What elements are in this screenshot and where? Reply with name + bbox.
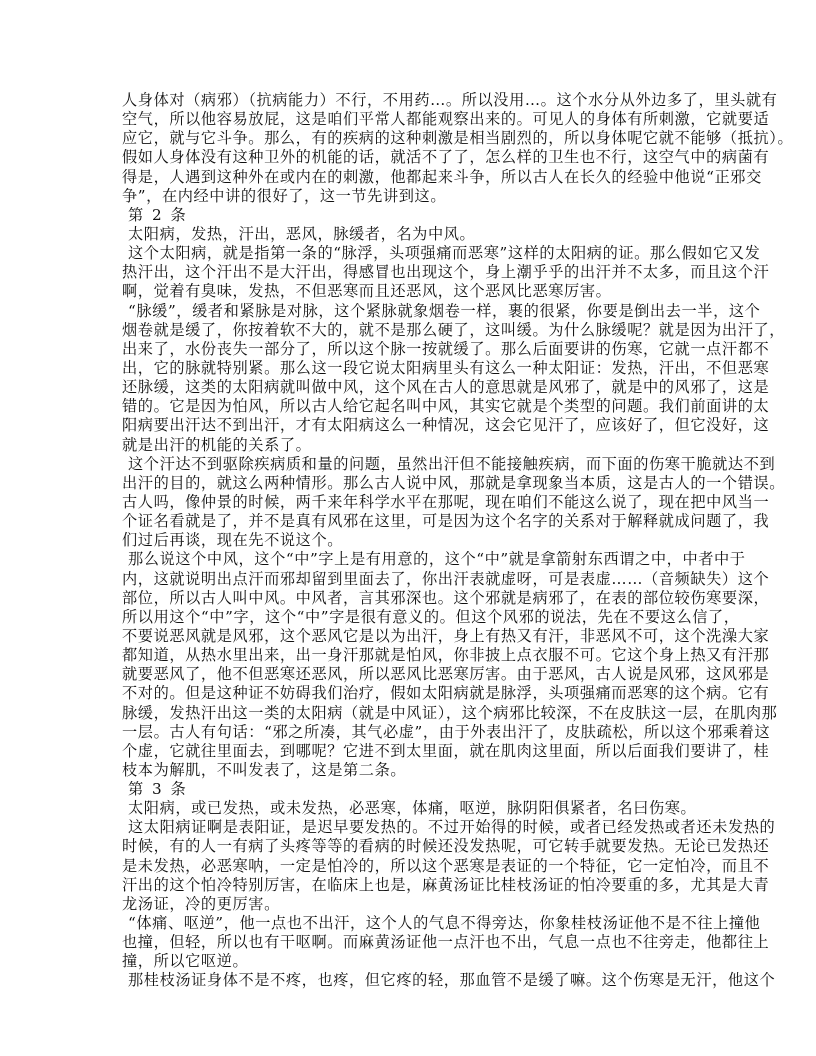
text-line: “体痛、呕逆”，他一点也不出汗，这个人的气息不得旁达，你象桂枝汤证他不是不往上撞… [122,914,702,933]
text-line: 就要恶风了，他不但恶寒还恶风，所以恶风比恶寒厉害。由于恶风，古人说是风邪，这风邪… [122,665,702,684]
paragraph: 那桂枝汤证身体不是不疼，也疼，但它疼的轻，那血管不是缓了嘛。这个伤寒是无汗，他这… [122,971,702,990]
text-line: “脉缓”，缓者和紧脉是对脉，这个紧脉就象烟卷一样，裹的很紧，你要是倒出去一半，这… [122,302,702,321]
classic-text-article-2: 太阳病，发热，汗出，恶风，脉缓者，名为中风。 [122,225,702,244]
text-line: 这个汗达不到驱除疾病质和量的问题，虽然出汗但不能接触疾病，而下面的伤寒干脆就达不… [122,455,702,474]
paragraph: 那么说这个中风，这个“中”字上是有用意的，这个“中”就是拿箭射东西谓之中，中者中… [122,550,702,780]
text-line: 是未发热，必恶寒呐，一定是怕冷的，所以这个恶寒是表证的一个特征，它一定怕冷，而且… [122,857,702,876]
paragraph-continuation: 人身体对（病邪）（抗病能力）不行，不用药…。所以没用…。这个水分从外边多了，里头… [122,91,702,206]
text-line: 就是出汗的机能的关系了。 [122,436,702,455]
text-line: 假如人身体没有这种卫外的机能的话，就活不了了，怎么样的卫生也不行，这空气中的病菌… [122,148,702,167]
text-line: 这个太阳病，就是指第一条的“脉浮，头项强痛而恶寒”这样的太阳病的证。那么假如它又… [122,244,702,263]
text-line: 出来了，水份丧失一部分了，所以这个脉一按就缓了。那么后面要讲的伤寒，它就一点汗都… [122,340,702,359]
text-line: 那桂枝汤证身体不是不疼，也疼，但它疼的轻，那血管不是缓了嘛。这个伤寒是无汗，他这… [122,971,702,990]
text-line: 应它，就与它斗争。那么，有的疾病的这种刺激是相当剧烈的，所以身体呢它就不能够（抵… [122,129,702,148]
section-heading-article-3: 第 3 条 [122,780,702,799]
text-line: 烟卷就是缓了，你按着软不大的，就不是那么硬了，这叫缓。为什么脉缓呢？就是因为出汗… [122,321,702,340]
text-line: 汗出的这个怕冷特别厉害，在临床上也是，麻黄汤证比桂枝汤证的怕冷要重的多，尤其是大… [122,876,702,895]
text-line: 不对的。但是这种证不妨碍我们治疗，假如太阳病就是脉浮，头项强痛而恶寒的这个病。它… [122,684,702,703]
text-line: 个证名看就是了，并不是真有风邪在这里，可是因为这个名字的关系对于解释就成问题了，… [122,512,702,531]
classic-text-article-3: 太阳病，或已发热，或未发热，必恶寒，体痛，呕逆，脉阴阳俱紧者，名曰伤寒。 [122,799,702,818]
text-line: 争”，在内经中讲的很好了，这一节先讲到这。 [122,187,702,206]
text-line: 那么说这个中风，这个“中”字上是有用意的，这个“中”就是拿箭射东西谓之中，中者中… [122,550,702,569]
text-line: 古人吗，像仲景的时候，两千来年科学水平在那呢，现在咱们不能这么说了，现在把中风当… [122,493,702,512]
text-line: 脉缓，发热汗出这一类的太阳病（就是中风证），这个病邪比较深，不在皮肤这一层，在肌… [122,704,702,723]
text-line: 得是，人遇到这种外在或内在的刺激，他都起来斗争，所以古人在长久的经验中他说“正邪… [122,168,702,187]
text-line: 热汗出，这个汗出不是大汗出，得感冒也出现这个，身上潮乎乎的出汗并不太多，而且这个… [122,263,702,282]
heading-text: 第 3 条 [122,780,702,799]
heading-text: 第 2 条 [122,206,702,225]
text-line: 太阳病，或已发热，或未发热，必恶寒，体痛，呕逆，脉阴阳俱紧者，名曰伤寒。 [122,799,702,818]
text-line: 不要说恶风就是风邪，这个恶风它是以为出汗，身上有热又有汗，非恶风不可，这个洗澡大… [122,627,702,646]
text-line: 啊，觉着有臭味，发热，不但恶寒而且还恶风，这个恶风比恶寒厉害。 [122,282,702,301]
text-line: 一层。古人有句话：“邪之所凑，其气必虚”，由于外表出汗了，皮肤疏松，所以这个邪乘… [122,723,702,742]
text-line: 错的。它是因为怕风，所以古人给它起名叫中风，其实它就是个类型的问题。我们前面讲的… [122,397,702,416]
text-line: 所以用这个“中”字，这个“中”字是很有意义的。但这个风邪的说法，先在不要这么信了… [122,608,702,627]
text-line: 时候，有的人一有病了头疼等等的看病的时候还没发热呢，可它转手就要发热。无论已发热… [122,837,702,856]
text-line: 部位，所以古人叫中风。中风者，言其邪深也。这个邪就是病邪了，在表的部位较伤寒要深… [122,589,702,608]
text-line: 枝本为解肌，不叫发表了，这是第二条。 [122,761,702,780]
document-page: 人身体对（病邪）（抗病能力）不行，不用药…。所以没用…。这个水分从外边多了，里头… [122,91,702,991]
text-line: 人身体对（病邪）（抗病能力）不行，不用药…。所以没用…。这个水分从外边多了，里头… [122,91,702,110]
text-line: 都知道，从热水里出来，出一身汗那就是怕风，你非披上点衣服不可。它这个身上热又有汗… [122,646,702,665]
text-line: 太阳病，发热，汗出，恶风，脉缓者，名为中风。 [122,225,702,244]
paragraph: “脉缓”，缓者和紧脉是对脉，这个紧脉就象烟卷一样，裹的很紧，你要是倒出去一半，这… [122,302,702,455]
paragraph: 这太阳病证啊是表阳证，是迟早要发热的。不过开始得的时候，或者已经发热或者还未发热… [122,818,702,914]
text-line: 龙汤证，冷的更厉害。 [122,895,702,914]
text-line: 出汗的目的，就这么两种情形。那么古人说中风，那就是拿现象当本质，这是古人的一个错… [122,474,702,493]
text-line: 内，这就说明出点汗而邪却留到里面去了，你出汗表就虚呀，可是表虚……（音频缺失）这… [122,570,702,589]
text-line: 个虚，它就往里面去，到哪呢？它进不到太里面，就在肌肉这里面，所以后面我们要讲了，… [122,742,702,761]
text-line: 撞，所以它呕逆。 [122,952,702,971]
text-line: 们过后再谈，现在先不说这个。 [122,531,702,550]
paragraph: 这个汗达不到驱除疾病质和量的问题，虽然出汗但不能接触疾病，而下面的伤寒干脆就达不… [122,455,702,551]
text-line: 也撞，但轻，所以也有干呕啊。而麻黄汤证他一点汗也不出，气息一点也不往旁走，他都往… [122,933,702,952]
text-line: 出，它的脉就特别紧。那么这一段它说太阳病里头有这么一种太阳证：发热，汗出，不但恶… [122,359,702,378]
paragraph: “体痛、呕逆”，他一点也不出汗，这个人的气息不得旁达，你象桂枝汤证他不是不往上撞… [122,914,702,971]
text-line: 空气，所以他容易放屁，这是咱们平常人都能观察出来的。可见人的身体有所刺激，它就要… [122,110,702,129]
paragraph: 这个太阳病，就是指第一条的“脉浮，头项强痛而恶寒”这样的太阳病的证。那么假如它又… [122,244,702,301]
text-line: 还脉缓，这类的太阳病就叫做中风，这个风在古人的意思就是风邪了，就是中的风邪了，这… [122,378,702,397]
section-heading-article-2: 第 2 条 [122,206,702,225]
text-line: 阳病要出汗达不到出汗，才有太阳病这么一种情况，这会它见汗了，应该好了，但它没好，… [122,416,702,435]
text-line: 这太阳病证啊是表阳证，是迟早要发热的。不过开始得的时候，或者已经发热或者还未发热… [122,818,702,837]
